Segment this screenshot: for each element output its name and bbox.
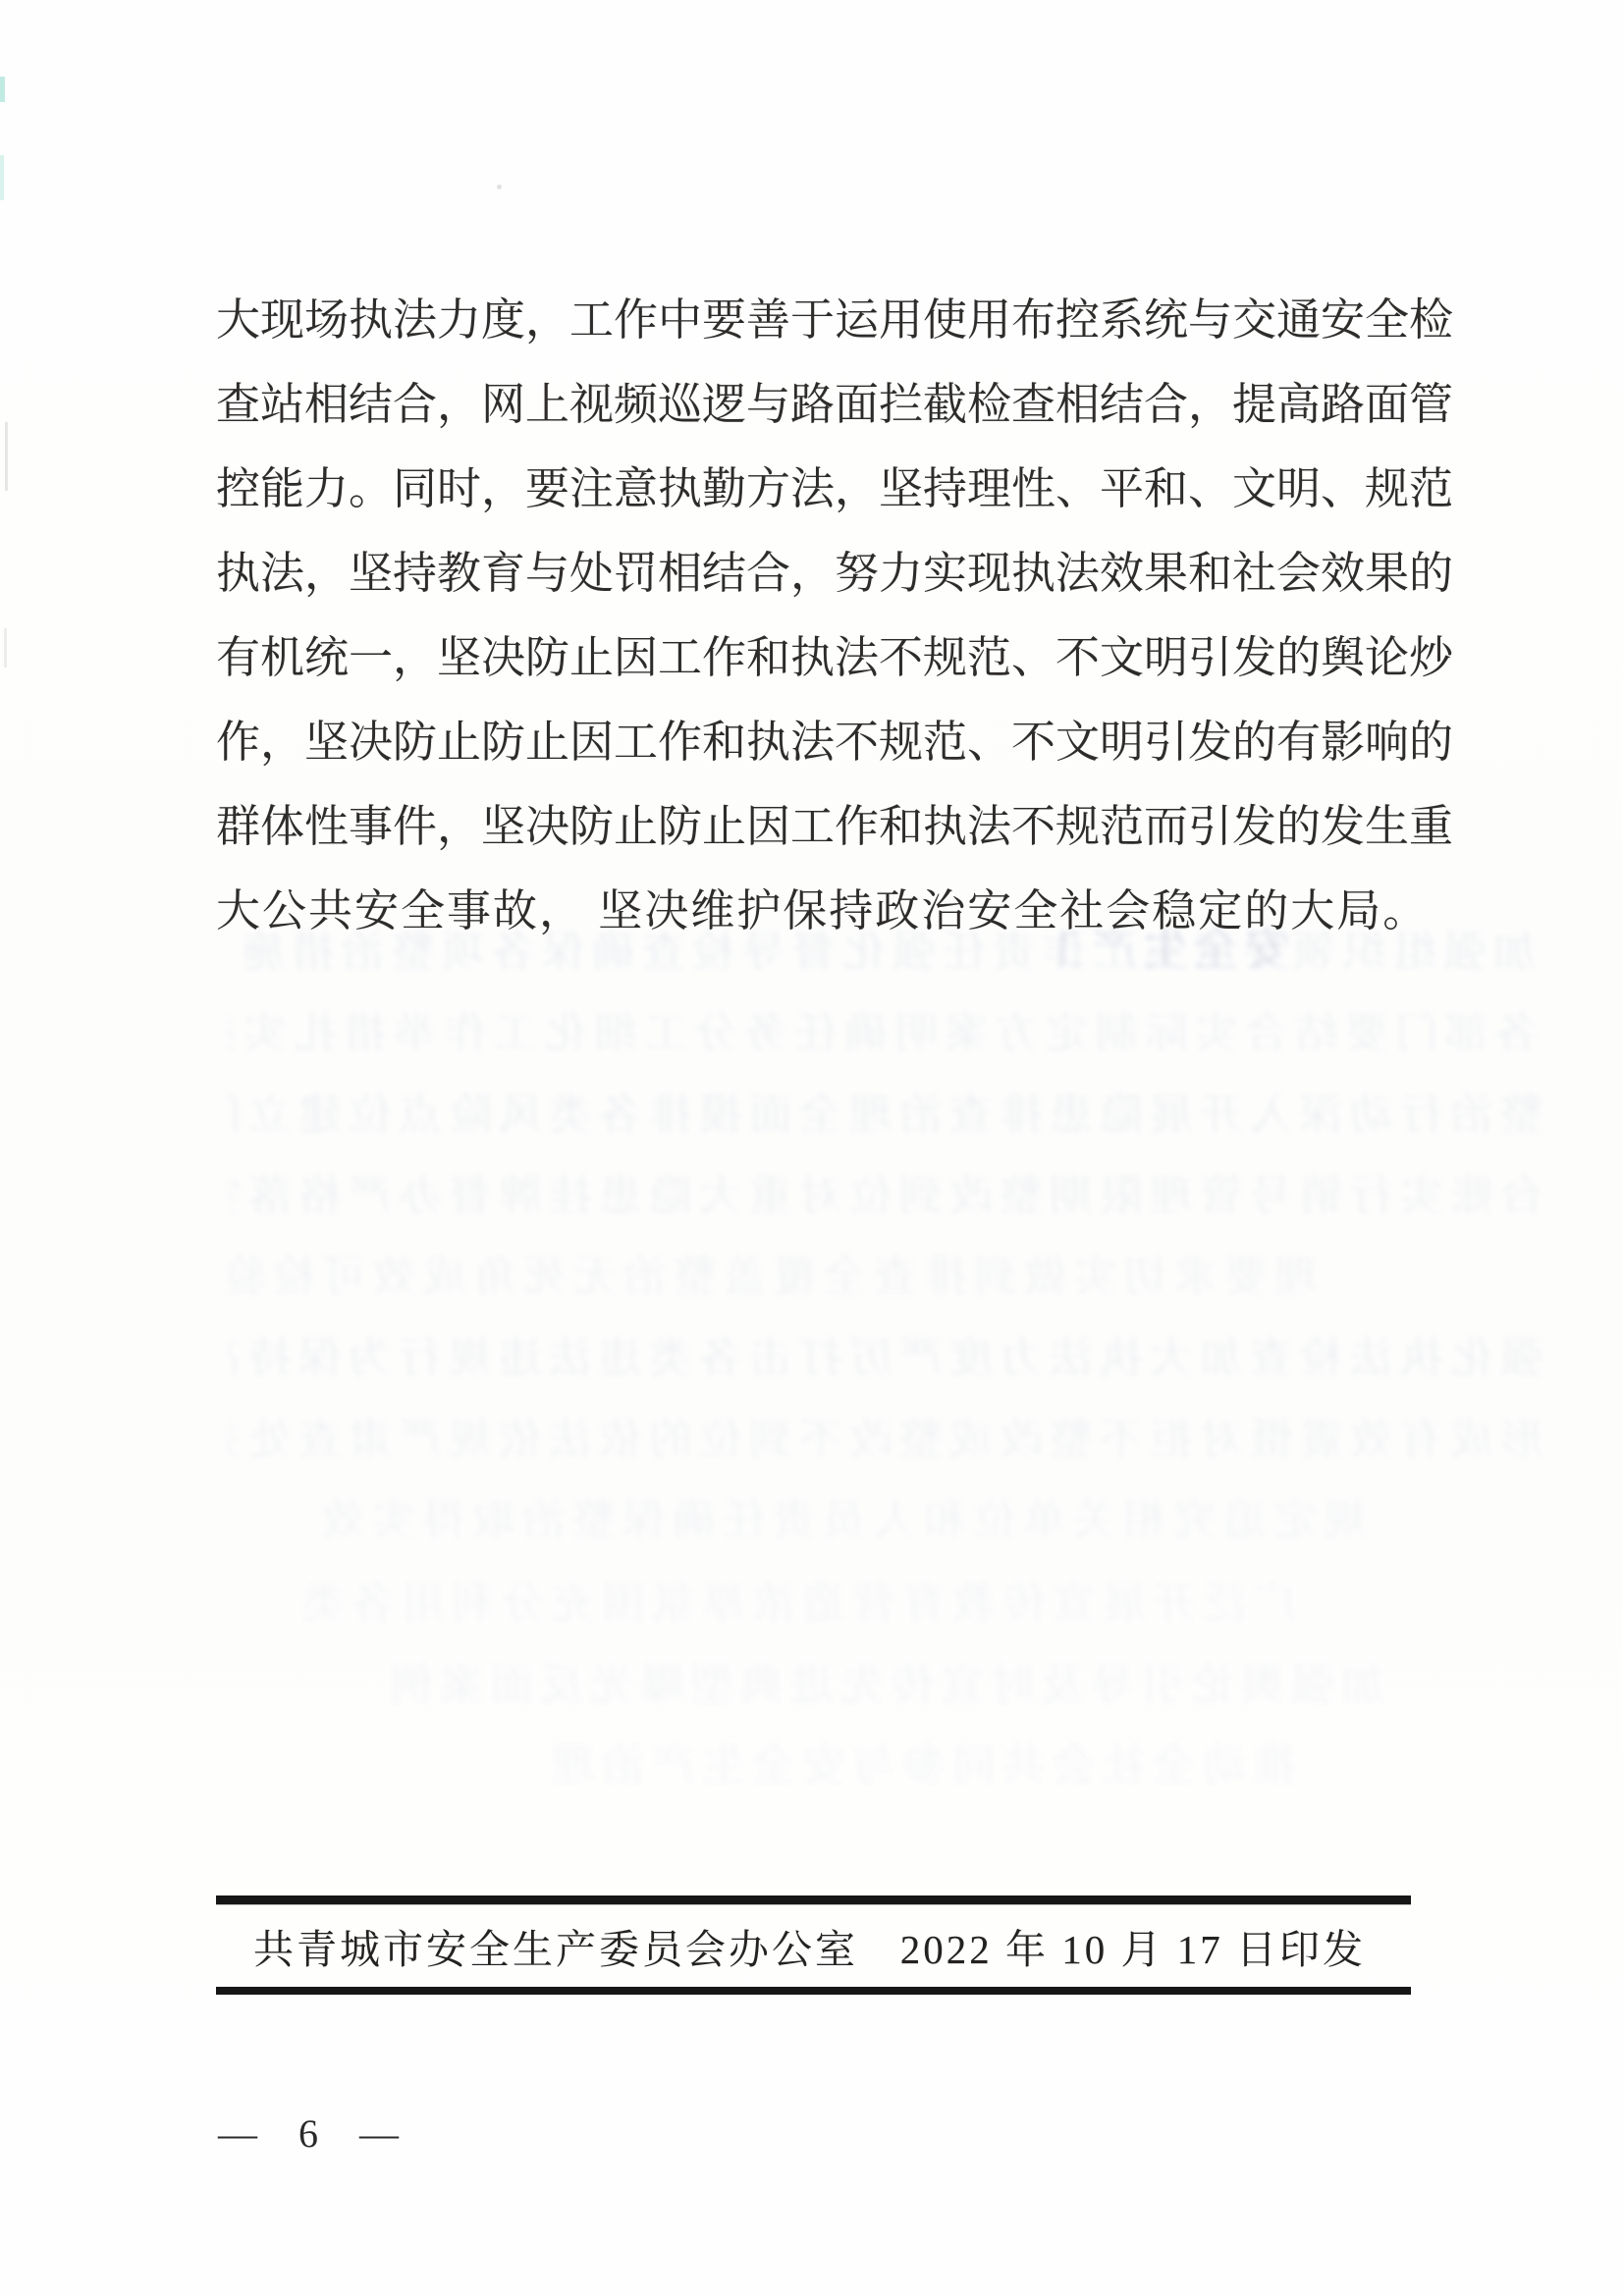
footer-print-date: 2022 年 10 月 17 日印发: [900, 1917, 1366, 1975]
body-line: 查站相结合，网上视频巡逻与路面拦截检查相结合，提高路面管: [216, 362, 1410, 447]
bleedthrough-line: 强化执法检查加大执法力度严厉打击各类违法违规行为保持高压态势: [228, 1322, 1543, 1379]
scan-artifact: [497, 185, 502, 189]
footer-issuer: 共青城市安全生产委员会办公室: [253, 1917, 858, 1975]
bleedthrough-line: 整治行动深入开展隐患排查治理全面摸排各类风险点位建立问题清单: [228, 1079, 1543, 1136]
scan-artifact: [0, 77, 5, 102]
bleedthrough-line: 理要求切实做到排查全覆盖整治无死角成效可检验: [228, 1241, 1318, 1298]
body-line: 大公共安全事故， 坚决维护保持政治安全社会稳定的大局。: [216, 869, 1410, 953]
body-line: 群体性事件，坚决防止防止因工作和执法不规范而引发的发生重: [216, 784, 1410, 869]
bleedthrough-line: 加强舆论引导及时宣传先进典型曝光反面案例: [344, 1649, 1384, 1706]
body-line: 有机统一，坚决防止因工作和执法不规范、不文明引发的舆论炒: [216, 615, 1410, 700]
footer-colophon: 共青城市安全生产委员会办公室 2022 年 10 月 17 日印发: [216, 1896, 1411, 1995]
body-line: 大现场执法力度，工作中要善于运用使用布控系统与交通安全检: [216, 278, 1410, 362]
body-paragraph: 大现场执法力度，工作中要善于运用使用布控系统与交通安全检 查站相结合，网上视频巡…: [216, 278, 1410, 953]
scan-artifact: [4, 628, 7, 667]
body-line: 作，坚决防止防止因工作和执法不规范、不文明引发的有影响的: [216, 700, 1410, 784]
bleedthrough-line: 各部门要结合实际制定方案明确任务分工细化工作举措扎实推进专项: [228, 997, 1539, 1054]
body-line: 执法，坚持教育与处罚相结合，努力实现执法效果和社会效果的: [216, 531, 1410, 615]
bleedthrough-line: 推动全社会共同参与安全生产治理: [491, 1730, 1296, 1787]
document-page: 安全生产工作 加强组织领导压实工作责任强化督导检查确保各项整治措施落实到位 各部…: [0, 0, 1623, 2296]
page-number: — 6 —: [218, 2110, 414, 2157]
scan-artifact: [5, 422, 8, 491]
footer-rule-bottom: [216, 1987, 1411, 1995]
footer-row: 共青城市安全生产委员会办公室 2022 年 10 月 17 日印发: [216, 1904, 1411, 1987]
body-line: 控能力。同时，要注意执勤方法，坚持理性、平和、文明、规范: [216, 447, 1410, 531]
bleedthrough-line: 台账实行销号管理限期整改到位对重大隐患挂牌督办严格落实闭环管: [228, 1160, 1543, 1217]
bleedthrough-line: 形成有效震慑对拒不整改或整改不到位的依法依规严肃查处并按有关: [228, 1404, 1543, 1461]
footer-rule-top: [216, 1896, 1411, 1904]
scan-artifact: [0, 155, 4, 200]
bleedthrough-line: 规定追究相关单位和人员责任确保整治取得实效: [228, 1484, 1367, 1541]
bleedthrough-line: 广泛开展宣传教育营造浓厚氛围充分利用各类媒体平台: [295, 1568, 1296, 1625]
